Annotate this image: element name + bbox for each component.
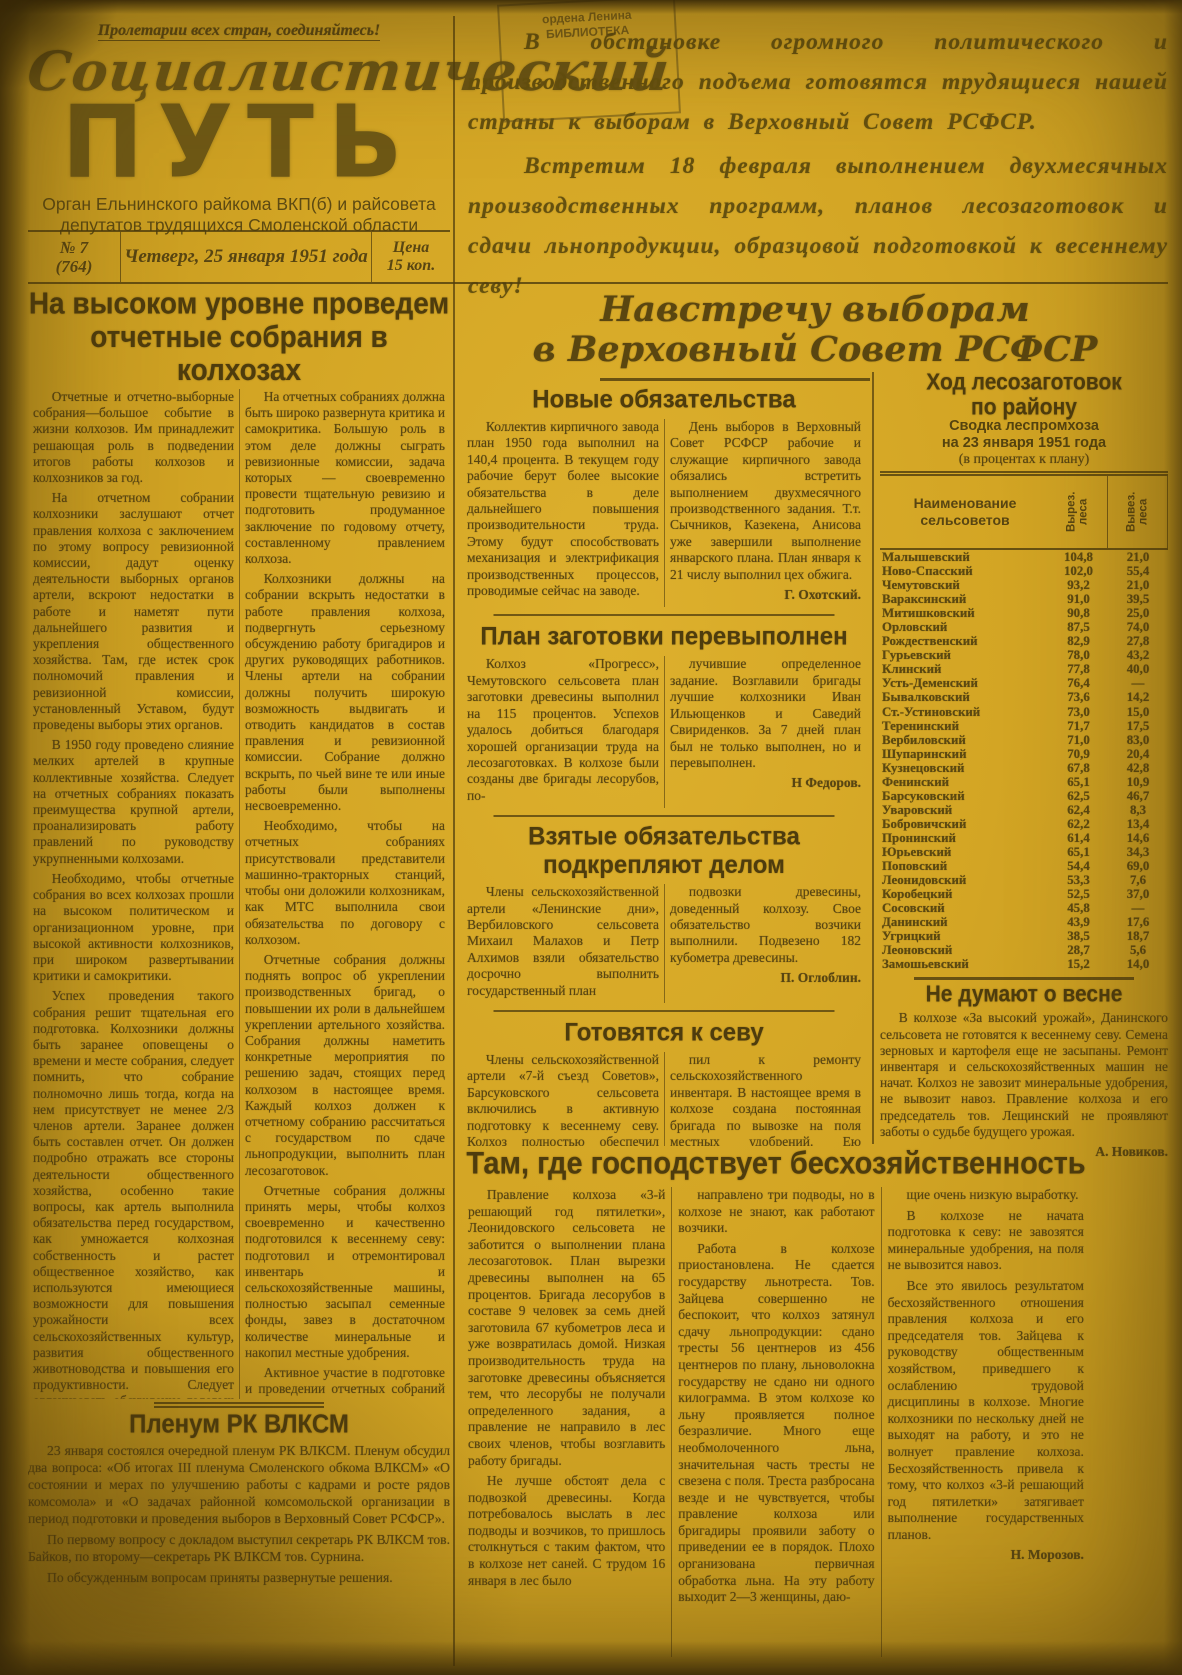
scan-edge xyxy=(0,0,30,1675)
plenum-title: Пленум РК ВЛКСМ xyxy=(28,1411,450,1439)
table-row: Уваровский 62,4 8,3 xyxy=(880,803,1168,817)
article-col1: Члены сельскохозяйственной артели «7-й с… xyxy=(462,1052,664,1146)
table-row: Поповский 54,4 69,0 xyxy=(880,859,1168,873)
election-article: Готовятся к севу Члены сельскохозяйствен… xyxy=(462,1010,866,1146)
issue-info-row: № 7 (764) Четверг, 25 января 1951 года Ц… xyxy=(28,230,450,282)
table-row: Клинский 77,8 40,0 xyxy=(880,662,1168,676)
table-row: Сосовский 45,8 — xyxy=(880,901,1168,915)
mismanagement-body: Правление колхоза «3-й решающий год пяти… xyxy=(462,1187,1090,1657)
table-header: Наименованиесельсоветов Вырез. леса Выве… xyxy=(880,476,1168,550)
article-col2: пил к ремонту сельскохозяйственного инве… xyxy=(670,1052,861,1146)
table-row: Ст.-Устиновский 73,0 15,0 xyxy=(880,705,1168,719)
table-row: Рождественский 82,9 27,8 xyxy=(880,634,1168,648)
article-col1: Члены сельскохозяйственной артели «Ленин… xyxy=(462,884,664,999)
table-row: Орловский 87,5 74,0 xyxy=(880,620,1168,634)
lead-article: На высоком уровне проведем отчетные собр… xyxy=(28,290,450,1398)
spring-article-text: В колхозе «За высокий урожай», Данинског… xyxy=(880,1010,1168,1140)
logging-title: Ход лесозаготовок по району xyxy=(880,370,1168,420)
table-row: Бобровичский 62,2 13,4 xyxy=(880,817,1168,831)
table-row: Чемутовский 93,2 21,0 xyxy=(880,578,1168,592)
table-header-removed: Вывез. леса xyxy=(1108,476,1168,548)
table-row: Ново-Спасский 102,0 55,4 xyxy=(880,564,1168,578)
election-article: Взятые обязательства подкрепляют делом Ч… xyxy=(462,815,866,1003)
divider xyxy=(154,1402,324,1408)
issue-date: Четверг, 25 января 1951 года xyxy=(120,232,372,282)
table-row: Леоновский 28,7 5,6 xyxy=(880,943,1168,957)
table-row: Леонидовский 53,3 7,6 xyxy=(880,873,1168,887)
table-body: Малышевский 104,8 21,0 Ново-Спасский 102… xyxy=(880,550,1168,971)
table-header-name: Наименованиесельсоветов xyxy=(880,476,1048,548)
article-col1: Коллектив кирпичного завода план 1950 го… xyxy=(462,419,664,603)
article-col2: День выборов в Верховный Совет РСФСР раб… xyxy=(670,419,861,583)
table-row: Барсуковский 62,5 46,7 xyxy=(880,789,1168,803)
table-row: Данинский 43,9 17,6 xyxy=(880,915,1168,929)
divider xyxy=(600,378,870,381)
mismanagement-col3: щие очень низкую выработку.В колхозе не … xyxy=(881,1187,1090,1657)
table-header-cut: Вырез. леса xyxy=(1048,476,1108,548)
issue-price: Цена 15 коп. xyxy=(372,232,450,282)
masthead: Пролетарии всех стран, соединяйтесь! Соц… xyxy=(28,10,450,282)
elections-banner-headline: Навстречу выборам в Верховный Совет РСФС… xyxy=(462,290,1168,370)
divider xyxy=(28,282,1168,284)
table-row: Усть-Деменский 76,4 — xyxy=(880,676,1168,690)
article-col1: Колхоз «Прогресс», Чемутовского сельсове… xyxy=(462,656,664,804)
table-row: Шупаринский 70,9 20,4 xyxy=(880,747,1168,761)
article-col2: лучившие определенное задание. Возглавил… xyxy=(670,656,861,771)
spring-article-title: Не думают о весне xyxy=(880,982,1168,1008)
article-signature: Г. Охотский. xyxy=(670,587,861,603)
lead-article-headline: На высоком уровне проведем отчетные собр… xyxy=(28,286,450,386)
article-col2: подвозки древесины, доведенный колхозу. … xyxy=(670,884,861,966)
table-row: Угрицкий 38,5 18,7 xyxy=(880,929,1168,943)
table-row: Юрьевский 65,1 34,3 xyxy=(880,845,1168,859)
article-title: Новые обязательства xyxy=(462,385,866,413)
article-title: Готовятся к севу xyxy=(462,1018,866,1046)
slogan: Пролетарии всех стран, соединяйтесь! xyxy=(28,22,450,40)
lead-article-col2: На отчетных собраниях должна быть широко… xyxy=(239,389,450,1399)
table-row: Пронинский 61,4 14,6 xyxy=(880,831,1168,845)
spring-neglect-article: Не думают о весне В колхозе «За высокий … xyxy=(880,977,1168,1160)
table-row: Замошьевский 15,2 14,0 xyxy=(880,957,1168,971)
table-row: Вараксинский 91,0 39,5 xyxy=(880,592,1168,606)
lead-article-col1: Отчетные и отчетно-выборные собрания—бол… xyxy=(28,389,239,1399)
election-article: Новые обязательства Коллектив кирпичного… xyxy=(462,386,866,607)
table-row: Фенинский 65,1 10,9 xyxy=(880,775,1168,789)
election-article: План заготовки перевыполнен Колхоз «Прог… xyxy=(462,614,866,808)
issue-number: № 7 (764) xyxy=(28,232,120,282)
mismanagement-signature: Н. Морозов. xyxy=(888,1547,1084,1564)
logging-report: Ход лесозаготовок по району Сводка леспр… xyxy=(880,372,1168,1144)
newspaper-title-main: ПУТЬ xyxy=(28,99,450,187)
table-row: Гурьевский 78,0 43,2 xyxy=(880,648,1168,662)
logging-subtitle: Сводка леспромхоза на 23 января 1951 год… xyxy=(880,418,1168,452)
mismanagement-article: Там, где господствует бесхозяйственность… xyxy=(462,1148,1090,1668)
table-row: Теренинский 71,7 17,5 xyxy=(880,719,1168,733)
library-stamp: ордена Ленина БИБЛИОТЕКА xyxy=(497,0,681,123)
election-articles: Новые обязательства Коллектив кирпичного… xyxy=(462,384,866,1146)
article-title: План заготовки перевыполнен xyxy=(462,623,866,651)
table-row: Вербиловский 71,0 83,0 xyxy=(880,733,1168,747)
column-rule xyxy=(872,372,874,1144)
column-rule xyxy=(453,16,455,1666)
mismanagement-col2: направлено три подводы, но в колхозе не … xyxy=(671,1187,880,1657)
newspaper-page: Пролетарии всех стран, соединяйтесь! Соц… xyxy=(0,0,1182,1675)
mismanagement-title: Там, где господствует бесхозяйственность xyxy=(462,1147,1090,1183)
article-title: Взятые обязательства подкрепляют делом xyxy=(462,823,866,880)
article-signature: Н Федоров. xyxy=(670,775,861,791)
logging-units: (в процентах к плану) xyxy=(880,452,1168,476)
table-row: Коробецкий 52,5 37,0 xyxy=(880,887,1168,901)
table-row: Малышевский 104,8 21,0 xyxy=(880,550,1168,564)
table-row: Митишковский 90,8 25,0 xyxy=(880,606,1168,620)
table-row: Бывалковский 73,6 14,2 xyxy=(880,690,1168,704)
article-signature: П. Оглоблин. xyxy=(670,970,861,986)
table-row: Кузнецовский 67,8 42,8 xyxy=(880,761,1168,775)
plenum-article: Пленум РК ВЛКСМ 23 января состоялся очер… xyxy=(28,1402,450,1664)
plenum-body: 23 января состоялся очередной пленум РК … xyxy=(28,1442,450,1586)
lead-article-body: Отчетные и отчетно-выборные собрания—бол… xyxy=(28,389,450,1399)
mismanagement-col1: Правление колхоза «3-й решающий год пяти… xyxy=(462,1187,671,1657)
